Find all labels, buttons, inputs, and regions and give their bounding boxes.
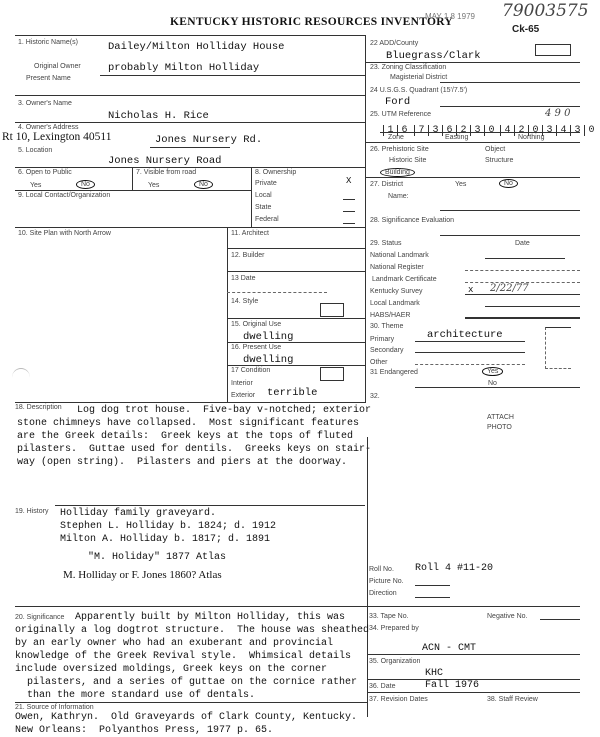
district-no-circled[interactable]: No bbox=[499, 179, 518, 188]
status-habs-haer[interactable]: HABS/HAER bbox=[370, 312, 410, 319]
site-plan-label: 10. Site Plan with North Arrow bbox=[18, 230, 111, 237]
zoning-label: 23. Zoning Classification bbox=[370, 64, 446, 71]
staff-review-label: 38. Staff Review bbox=[487, 696, 538, 703]
revision-dates-label: 37. Revision Dates bbox=[369, 696, 428, 703]
negative-no-label: Negative No. bbox=[487, 613, 527, 620]
description-line-2: stone chimneys have collapsed. Most sign… bbox=[17, 417, 359, 430]
source-label: 21. Source of Information bbox=[15, 704, 94, 711]
history-label: 19. History bbox=[15, 508, 48, 515]
organization-label: 35. Organization bbox=[369, 658, 420, 665]
district-name-label: Name: bbox=[388, 193, 409, 200]
prehistoric-site-label[interactable]: 26. Prehistoric Site bbox=[370, 146, 429, 153]
significance-line-6: pilasters, and a series of guttae on the… bbox=[15, 676, 357, 689]
location-label: 5. Location bbox=[18, 147, 52, 154]
site-object[interactable]: Object bbox=[485, 146, 505, 153]
tape-no-label: 33. Tape No. bbox=[369, 613, 409, 620]
ownership-state[interactable]: State bbox=[255, 204, 271, 211]
significance-line-7: than the more standard use of dentals. bbox=[15, 689, 255, 702]
theme-secondary-label: Secondary bbox=[370, 347, 403, 354]
prepared-by-value: ACN - CMT bbox=[422, 643, 476, 654]
date-prepared-label: 36. Date bbox=[369, 683, 395, 690]
open-public-no-circled[interactable]: No bbox=[76, 180, 95, 189]
historic-name-value: Dailey/Milton Holliday House bbox=[108, 41, 284, 53]
district-yes[interactable]: Yes bbox=[455, 181, 466, 188]
date-prepared-value: Fall 1976 bbox=[425, 680, 479, 691]
utm-easting-label: Easting bbox=[445, 134, 468, 141]
open-public-yes[interactable]: Yes bbox=[30, 182, 41, 189]
usgs-label: 24 U.S.G.S. Quadrant (15'/7.5') bbox=[370, 87, 467, 94]
roll-no-label: Roll No. bbox=[369, 566, 394, 573]
present-use-label: 16. Present Use bbox=[231, 344, 281, 351]
picture-no-label: Picture No. bbox=[369, 578, 404, 585]
original-use-label: 15. Original Use bbox=[231, 321, 281, 328]
description-label: 18. Description bbox=[15, 404, 62, 411]
condition-exterior-label: Exterior bbox=[231, 392, 255, 399]
site-building-circled[interactable]: Building bbox=[380, 168, 415, 177]
significance-eval-label: 28. Significance Evaluation bbox=[370, 217, 454, 224]
photo-section-label: 32. bbox=[370, 393, 380, 400]
condition-label: 17 Condition bbox=[231, 367, 270, 374]
theme-primary-label: Primary bbox=[370, 336, 394, 343]
status-local-landmark[interactable]: Local Landmark bbox=[370, 300, 420, 307]
owners-address-left: Rt 10, Lexington 40511 bbox=[2, 131, 111, 143]
history-line-2: Stephen L. Holliday b. 1824; d. 1912 bbox=[60, 520, 276, 533]
owners-address-value: Jones Nursery Rd. bbox=[155, 134, 262, 146]
status-national-landmark[interactable]: National Landmark bbox=[370, 252, 429, 259]
theme-primary-value: architecture bbox=[427, 329, 503, 341]
utm-northing-label: Northing bbox=[518, 134, 544, 141]
theme-other-label: Other bbox=[370, 359, 388, 366]
description-line-5: way (open string). Pilasters and piers a… bbox=[17, 456, 347, 469]
attach-photo-text: ATTACH bbox=[487, 414, 514, 421]
description-line-4: pilasters. Guttae used for dentils. Gree… bbox=[17, 443, 371, 456]
utm-northing-cells: 4203430 bbox=[500, 119, 598, 137]
visible-road-yes[interactable]: Yes bbox=[148, 182, 159, 189]
endangered-label: 31 Endangered bbox=[370, 369, 418, 376]
handwritten-number: 79003575 bbox=[502, 1, 589, 21]
significance-label: 20. Significance bbox=[15, 614, 64, 621]
status-date-label: Date bbox=[515, 240, 530, 247]
description-line-3: are the Greek details: Greek keys at the… bbox=[17, 430, 353, 443]
original-owner-label: Original Owner bbox=[34, 63, 81, 70]
source-line-1: Owen, Kathryn. Old Graveyards of Clark C… bbox=[15, 711, 357, 724]
site-structure[interactable]: Structure bbox=[485, 157, 513, 164]
status-national-register[interactable]: National Register bbox=[370, 264, 424, 271]
roll-no-value: Roll 4 #11-20 bbox=[415, 563, 493, 574]
significance-line-3: by an early owner who had an exuberant a… bbox=[15, 637, 333, 650]
ownership-label: 8. Ownership bbox=[255, 169, 296, 176]
status-kentucky-survey-date: 2/22/77 bbox=[490, 283, 529, 294]
ownership-private[interactable]: Private bbox=[255, 180, 277, 187]
condition-interior-label: Interior bbox=[231, 380, 253, 387]
usgs-value: Ford bbox=[385, 96, 410, 108]
district-label: 27. District bbox=[370, 181, 403, 188]
utm-label: 25. UTM Reference bbox=[370, 111, 431, 118]
source-line-2: New Orleans: Polyanthos Press, 1977 p. 6… bbox=[15, 724, 273, 737]
utm-correction: 4 9 0 bbox=[545, 108, 570, 119]
visible-road-no-circled[interactable]: No bbox=[194, 180, 213, 189]
form-title: KENTUCKY HISTORIC RESOURCES INVENTORY bbox=[170, 16, 453, 28]
prepared-by-label: 34. Prepared by bbox=[369, 625, 419, 632]
present-name-label: Present Name bbox=[26, 75, 71, 82]
ownership-local[interactable]: Local bbox=[255, 192, 272, 199]
zoning-value: Magisterial District bbox=[390, 74, 447, 81]
visible-road-label: 7. Visible from road bbox=[136, 169, 196, 176]
open-public-label: 6. Open to Public bbox=[18, 169, 72, 176]
status-kentucky-survey[interactable]: Kentucky Survey bbox=[370, 288, 423, 295]
organization-value: KHC bbox=[425, 668, 443, 679]
style-label: 14. Style bbox=[231, 298, 258, 305]
form-code: Ck-65 bbox=[512, 24, 539, 35]
hole-punch-mark bbox=[12, 368, 30, 387]
direction-label: Direction bbox=[369, 590, 397, 597]
site-historic[interactable]: Historic Site bbox=[389, 157, 426, 164]
utm-zone-label: Zone bbox=[388, 134, 404, 141]
condition-exterior-value: terrible bbox=[267, 387, 317, 399]
owners-name-label: 3. Owner's Name bbox=[18, 100, 72, 107]
endangered-no[interactable]: No bbox=[488, 380, 497, 387]
status-landmark-certificate[interactable]: Landmark Certificate bbox=[372, 276, 437, 283]
endangered-yes-circled[interactable]: Yes bbox=[482, 367, 503, 376]
builder-label: 12. Builder bbox=[231, 252, 264, 259]
add-county-value: Bluegrass/Clark bbox=[386, 50, 481, 62]
history-note-atlas-1877: "M. Holiday" 1877 Atlas bbox=[88, 551, 226, 564]
ownership-mark: X bbox=[346, 176, 351, 186]
significance-line-5: include oversized moldings, Greek keys o… bbox=[15, 663, 327, 676]
owners-name-value: Nicholas H. Rice bbox=[108, 110, 209, 122]
significance-line-2: originally a log dogtrot structure. The … bbox=[15, 624, 369, 637]
date-label: 13 Date bbox=[231, 275, 256, 282]
original-owner-value: probably Milton Holliday bbox=[108, 62, 259, 74]
ownership-federal[interactable]: Federal bbox=[255, 216, 279, 223]
owners-address-label: 4. Owner's Address bbox=[18, 124, 78, 131]
historic-name-label: 1. Historic Name(s) bbox=[18, 39, 78, 46]
significance-line-4: knowledge of the Greek Revival style. Wh… bbox=[15, 650, 351, 663]
add-county-label: 22 ADD/County bbox=[370, 40, 418, 47]
history-line-1: Holliday family graveyard. bbox=[60, 507, 216, 520]
local-contact-label: 9. Local Contact/Organization bbox=[18, 192, 110, 199]
history-line-3: Milton A. Holliday b. 1817; d. 1891 bbox=[60, 533, 270, 546]
architect-label: 11. Architect bbox=[231, 230, 269, 237]
description-line-1: Log dog trot house. Five-bay v-notched; … bbox=[77, 404, 371, 417]
photo-text: PHOTO bbox=[487, 424, 512, 431]
status-label: 29. Status bbox=[370, 240, 402, 247]
significance-line-1: Apparently built by Milton Holliday, thi… bbox=[75, 611, 345, 624]
theme-label: 30. Theme bbox=[370, 323, 403, 330]
location-value: Jones Nursery Road bbox=[108, 155, 221, 167]
history-note-atlas-1860: M. Holliday or F. Jones 1860? Atlas bbox=[63, 569, 222, 581]
received-stamp: MAY 1 8 1979 bbox=[425, 12, 475, 21]
